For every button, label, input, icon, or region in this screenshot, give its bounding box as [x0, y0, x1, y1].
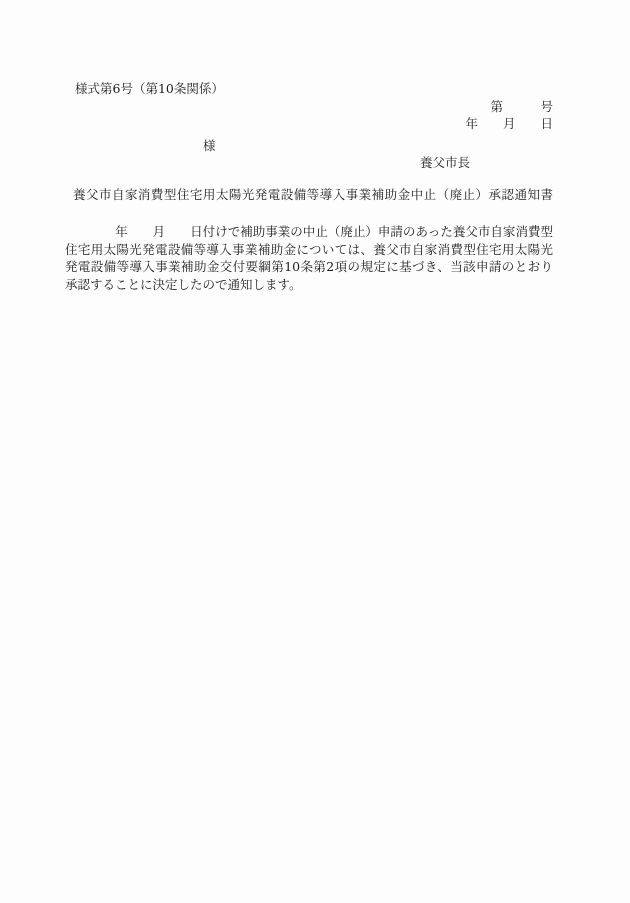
sender-line: 養父市長: [65, 154, 553, 172]
document-page: 様式第6号（第10条関係） 第 号 年 月 日 様 養父市長 養父市自家消費型住…: [0, 0, 630, 903]
form-number-label: 様式第6号（第10条関係）: [65, 80, 553, 98]
body-line: 発電設備等導入事業補助金交付要綱第10条第2項の規定に基づき、当該申請のとおり: [65, 258, 553, 276]
addressee-line: 様: [65, 137, 553, 155]
date-line: 年 月 日: [65, 115, 553, 133]
body-paragraph: 年 月 日付けで補助事業の中止（廃止）申請のあった養父市自家消費型 住宅用太陽光…: [65, 223, 553, 293]
body-line: 年 月 日付けで補助事業の中止（廃止）申請のあった養父市自家消費型: [65, 223, 553, 241]
document-number-line: 第 号: [65, 98, 553, 116]
body-line: 承認することに決定したので通知します。: [65, 276, 553, 294]
document-title: 養父市自家消費型住宅用太陽光発電設備等導入事業補助金中止（廃止）承認通知書: [73, 186, 553, 204]
body-line: 住宅用太陽光発電設備等導入事業補助金については、養父市自家消費型住宅用太陽光: [65, 241, 553, 259]
